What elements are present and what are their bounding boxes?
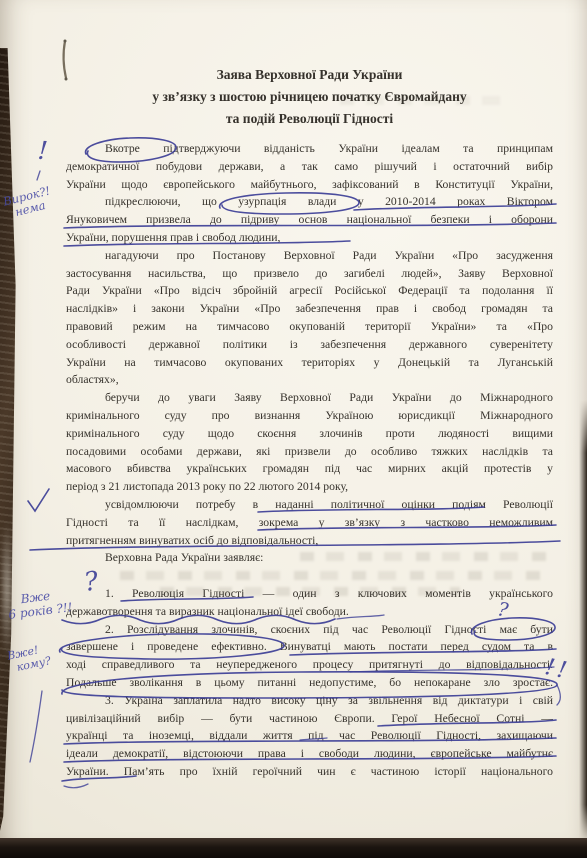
document-body: Вкотре підтверджуючи відданість України … xyxy=(66,140,553,781)
text-line: підкреслюючи, що узурпація влади у 2010-… xyxy=(66,193,553,211)
resolution-item-3: 3. Україна заплатила надто високу ціну з… xyxy=(66,692,553,781)
text-line: 1. Революція Гідності — один з ключових … xyxy=(66,585,553,603)
text-line: нагадуючи про Постанову Верховної Ради У… xyxy=(66,247,553,265)
page-right-edge xyxy=(579,400,587,840)
text-line: завершене і проведене ефективно. Винуват… xyxy=(66,638,553,656)
text-line: масового вбивства українських громадян п… xyxy=(66,460,553,478)
paragraph-gap xyxy=(66,567,553,585)
text-line: притягненням винуватих осіб до відповіда… xyxy=(66,532,553,550)
text-line: усвідомлюючи потребу в наданні політично… xyxy=(66,496,553,514)
text-line: кримінального суду про визнання Україною… xyxy=(66,407,553,425)
text-line: України. Пам’ять про їхній героїчний чин… xyxy=(66,763,553,781)
text-line: України щодо європейського майбутнього, … xyxy=(66,176,553,194)
text-line: Януковичем призвела до підриву основ нац… xyxy=(66,211,553,229)
text-line: 2. Розслідування злочинів, скоєних під ч… xyxy=(66,621,553,639)
wood-grain-highlight xyxy=(0,520,14,660)
text-line: демократичної побудови держави, а так са… xyxy=(66,158,553,176)
desk-surface xyxy=(0,838,587,858)
text-line: України на тимчасово окупованих територі… xyxy=(66,354,553,372)
preamble-2: підкреслюючи, що узурпація влади у 2010-… xyxy=(66,193,553,246)
text-line: правовий режим на тимчасово окупованій т… xyxy=(66,318,553,336)
text-line: Гідності та її наслідкам, зокрема у зв’я… xyxy=(66,514,553,532)
text-line: Ради України «Про відсіч збройній агресі… xyxy=(66,282,553,300)
scanned-document-page: Заява Верховної Ради України у зв’язку з… xyxy=(0,0,587,858)
text-line: ході справедливого та неупередженого про… xyxy=(66,656,553,674)
preamble-1: Вкотре підтверджуючи відданість України … xyxy=(66,140,553,193)
resolution-item-2: 2. Розслідування злочинів, скоєних під ч… xyxy=(66,621,553,692)
text-line: посадовими особами держави, які призвели… xyxy=(66,443,553,461)
text-line: Подальше зволікання в цьому питанні недо… xyxy=(66,674,553,692)
preamble-5: усвідомлюючи потребу в наданні політично… xyxy=(66,496,553,549)
text-line: цивілізаційний вибір — бути частиною Євр… xyxy=(66,710,553,728)
text-line: областях», xyxy=(66,371,553,389)
text-line: Вкотре підтверджуючи відданість України … xyxy=(66,140,553,158)
text-line: України, порушення прав і свобод людини, xyxy=(66,229,553,247)
text-line: беручи до уваги Заяву Верховної Ради Укр… xyxy=(66,389,553,407)
text-line: Верховна Рада України заявляє: xyxy=(66,549,553,567)
preamble-3: нагадуючи про Постанову Верховної Ради У… xyxy=(66,247,553,389)
text-line: особливості державної політики із забезп… xyxy=(66,336,553,354)
text-line: застосування насильства, що призвело до … xyxy=(66,265,553,283)
text-line: державотворення та виразник національної… xyxy=(66,603,553,621)
text-line: українці та іноземці, віддали життя під … xyxy=(66,727,553,745)
text-line: кримінального суду щодо скоєння злочинів… xyxy=(66,425,553,443)
title-line-1: Заява Верховної Ради України xyxy=(66,64,553,86)
title-line-3: та подій Революції Гідності xyxy=(66,108,553,130)
text-line: наслідків» і закони України «Про забезпе… xyxy=(66,300,553,318)
text-line: ідеали демократії, відстоюючи права і св… xyxy=(66,745,553,763)
text-line: 3. Україна заплатила надто високу ціну з… xyxy=(66,692,553,710)
title-line-2: у зв’язку з шостою річницею початку Євро… xyxy=(66,86,553,108)
preamble-4: беручи до уваги Заяву Верховної Ради Укр… xyxy=(66,389,553,496)
text-line: період з 21 листопада 2013 року по 22 лю… xyxy=(66,478,553,496)
statement-intro: Верховна Рада України заявляє: xyxy=(66,549,553,567)
resolution-item-1: 1. Революція Гідності — один з ключових … xyxy=(66,585,553,621)
document-title: Заява Верховної Ради України у зв’язку з… xyxy=(66,64,553,130)
